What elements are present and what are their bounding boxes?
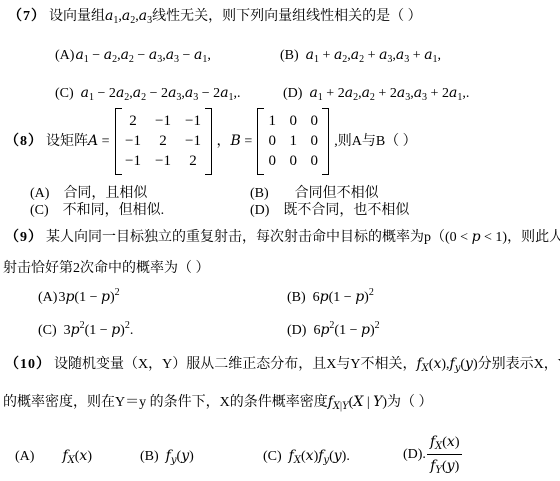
question-7-option-b: (B) a1 + a2,a2 + a3,a3 + a1, xyxy=(280,45,441,66)
question-8-number: （8） xyxy=(5,134,43,149)
question-8-stem-prefix: 设矩阵A = xyxy=(46,134,110,149)
matrix-cell: 0 xyxy=(288,112,298,131)
matrix-cell: 0 xyxy=(267,132,277,151)
option-label: (D). xyxy=(403,445,426,465)
option-content: fX(x) xyxy=(62,446,92,467)
option-content: 3p2(1 − p)2. xyxy=(64,320,134,341)
question-7-option-c: (C) a1 − 2a2,a2 − 2a3,a3 − 2a1,. xyxy=(55,83,241,104)
question-9-stem-text2: 射击恰好第2次命中的概率为（ ） xyxy=(3,261,210,276)
question-10-stem-line1: （10）设随机变量（X，Y）服从二维正态分布，且X与Y不相关，fX(x),fy(… xyxy=(5,354,560,375)
option-content: 6p(1 − p)2 xyxy=(313,287,374,308)
question-7-number: （7） xyxy=(8,9,46,24)
exam-page: （7）设向量组a1,a2,a3线性无关，则下列向量组线性相关的是（ ） (A) … xyxy=(0,0,560,481)
option-content: fX(x)fy(y). xyxy=(289,446,350,467)
option-label: (C) xyxy=(30,201,49,221)
matrix-a: 2−1−1−12−1−1−12 xyxy=(115,108,212,175)
matrix-cell: −1 xyxy=(125,132,142,151)
option-content: a1 − a2,a2 − a3,a3 − a1, xyxy=(75,45,210,66)
matrix-cell: −1 xyxy=(155,152,172,171)
option-content: a1 − 2a2,a2 − 2a3,a3 − 2a1,. xyxy=(81,83,241,104)
matrix-cell: −1 xyxy=(125,152,142,171)
question-7-option-d: (D) a1 + 2a2,a2 + 2a3,a3 + 2a1,. xyxy=(283,83,469,104)
matrix-cell: 2 xyxy=(185,152,202,171)
question-8-stem-suffix: ,则A与B（ ） xyxy=(334,132,416,152)
question-9-stem-text1: 某人向同一目标独立的重复射击，每次射击命中目标的概率为p（(0 < p < 1)… xyxy=(46,230,560,245)
matrix-cell: 1 xyxy=(288,132,298,151)
question-9-stem-line2: 射击恰好第2次命中的概率为（ ） xyxy=(3,259,210,279)
question-9-option-b: (B) 6p(1 − p)2 xyxy=(287,287,374,308)
option-label: (D) xyxy=(287,321,306,341)
question-9-option-a: (A) 3p(1 − p)2 xyxy=(38,287,120,308)
matrix-cell: 0 xyxy=(267,152,277,171)
matrix-cell: 2 xyxy=(125,112,142,131)
matrix-cell: 2 xyxy=(155,132,172,151)
matrix-cell: 0 xyxy=(309,132,319,151)
question-9-option-d: (D) 6p2(1 − p)2 xyxy=(287,320,380,341)
option-label: (B) xyxy=(287,288,306,308)
matrix-cell: −1 xyxy=(185,112,202,131)
option-content: fy(y) xyxy=(166,446,194,467)
question-10-option-b: (B) fy(y) xyxy=(140,446,194,467)
question-8-stem: （8）设矩阵A = 2−1−1−12−1−1−12 ，B = 100010000… xyxy=(5,108,417,175)
option-content: a1 + a2,a2 + a3,a3 + a1, xyxy=(306,45,441,66)
fraction: fX(x) fY(y) xyxy=(427,432,463,477)
question-10-stem-text2: 的概率密度，则在Y＝y 的条件下，X的条件概率密度fX|Y(X | Y)为（ ） xyxy=(3,395,433,410)
option-label: (B) xyxy=(280,46,299,66)
question-8-option-d: (D) 既不合同，也不相似 xyxy=(250,201,409,221)
question-9-stem-line1: （9）某人向同一目标独立的重复射击，每次射击命中目标的概率为p（(0 < p <… xyxy=(5,227,560,248)
option-label: (D) xyxy=(283,84,302,104)
option-label: (A) xyxy=(15,447,34,467)
question-7-option-a: (A) a1 − a2,a2 − a3,a3 − a1, xyxy=(55,45,211,66)
question-10-stem-text1: 设随机变量（X，Y）服从二维正态分布，且X与Y不相关，fX(x),fy(y)分别… xyxy=(54,357,560,372)
option-content: 6p2(1 − p)2 xyxy=(313,320,379,341)
question-10-number: （10） xyxy=(5,357,51,372)
option-label: (D) xyxy=(250,201,269,221)
matrix-cell: 0 xyxy=(288,152,298,171)
question-9-number: （9） xyxy=(5,230,43,245)
fraction-denominator: fY(y) xyxy=(427,454,462,477)
question-10-option-d: (D). fX(x) fY(y) xyxy=(403,432,463,477)
option-content: 既不合同，也不相似 xyxy=(283,201,409,221)
option-content: 3p(1 − p)2 xyxy=(58,287,119,308)
matrix-cell: 0 xyxy=(309,112,319,131)
matrix-b: 100010000 xyxy=(257,108,329,175)
question-7-stem: （7）设向量组a1,a2,a3线性无关，则下列向量组线性相关的是（ ） xyxy=(8,6,422,27)
question-9-option-c: (C) 3p2(1 − p)2. xyxy=(38,320,133,341)
question-7-stem-text: 设向量组a1,a2,a3线性无关，则下列向量组线性相关的是（ ） xyxy=(49,9,422,24)
matrix-cell: 0 xyxy=(309,152,319,171)
question-8-option-c: (C) 不和同，但相似. xyxy=(30,201,164,221)
question-8-stem-middle: ，B = xyxy=(217,131,253,152)
option-content: 不和同，但相似. xyxy=(63,201,165,221)
matrix-cell: −1 xyxy=(185,132,202,151)
matrix-cell: −1 xyxy=(155,112,172,131)
matrix-cell: 1 xyxy=(267,112,277,131)
option-content: a1 + 2a2,a2 + 2a3,a3 + 2a1,. xyxy=(309,83,469,104)
question-10-option-c: (C) fX(x)fy(y). xyxy=(263,446,350,467)
option-label: (B) xyxy=(140,447,159,467)
question-10-stem-line2: 的概率密度，则在Y＝y 的条件下，X的条件概率密度fX|Y(X | Y)为（ ） xyxy=(3,392,433,413)
option-label: (C) xyxy=(55,84,74,104)
option-label: (A) xyxy=(55,46,74,66)
option-label: (A) xyxy=(38,288,57,308)
option-label: (C) xyxy=(263,447,282,467)
fraction-numerator: fX(x) xyxy=(427,432,463,454)
question-10-option-a: (A) fX(x) xyxy=(15,446,92,467)
option-label: (C) xyxy=(38,321,57,341)
